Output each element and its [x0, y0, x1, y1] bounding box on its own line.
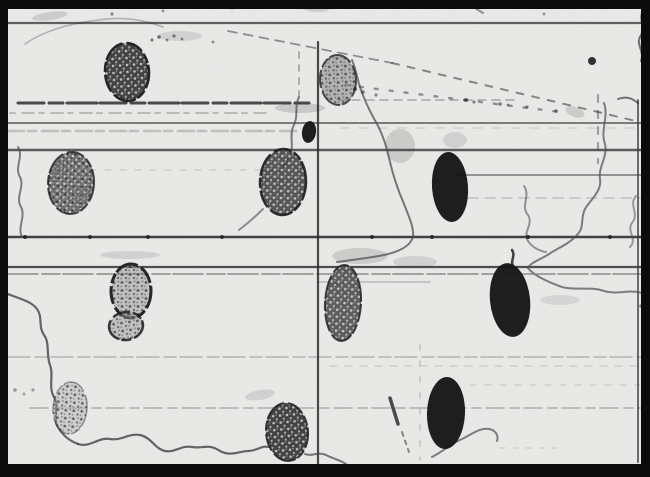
scanned-map-figure	[0, 0, 650, 477]
frame-left	[0, 0, 8, 477]
frame-top	[0, 0, 650, 9]
map-canvas	[0, 0, 650, 477]
scan-grain-overlay	[8, 9, 642, 465]
frame-bottom	[0, 464, 650, 477]
frame-right	[641, 0, 650, 477]
